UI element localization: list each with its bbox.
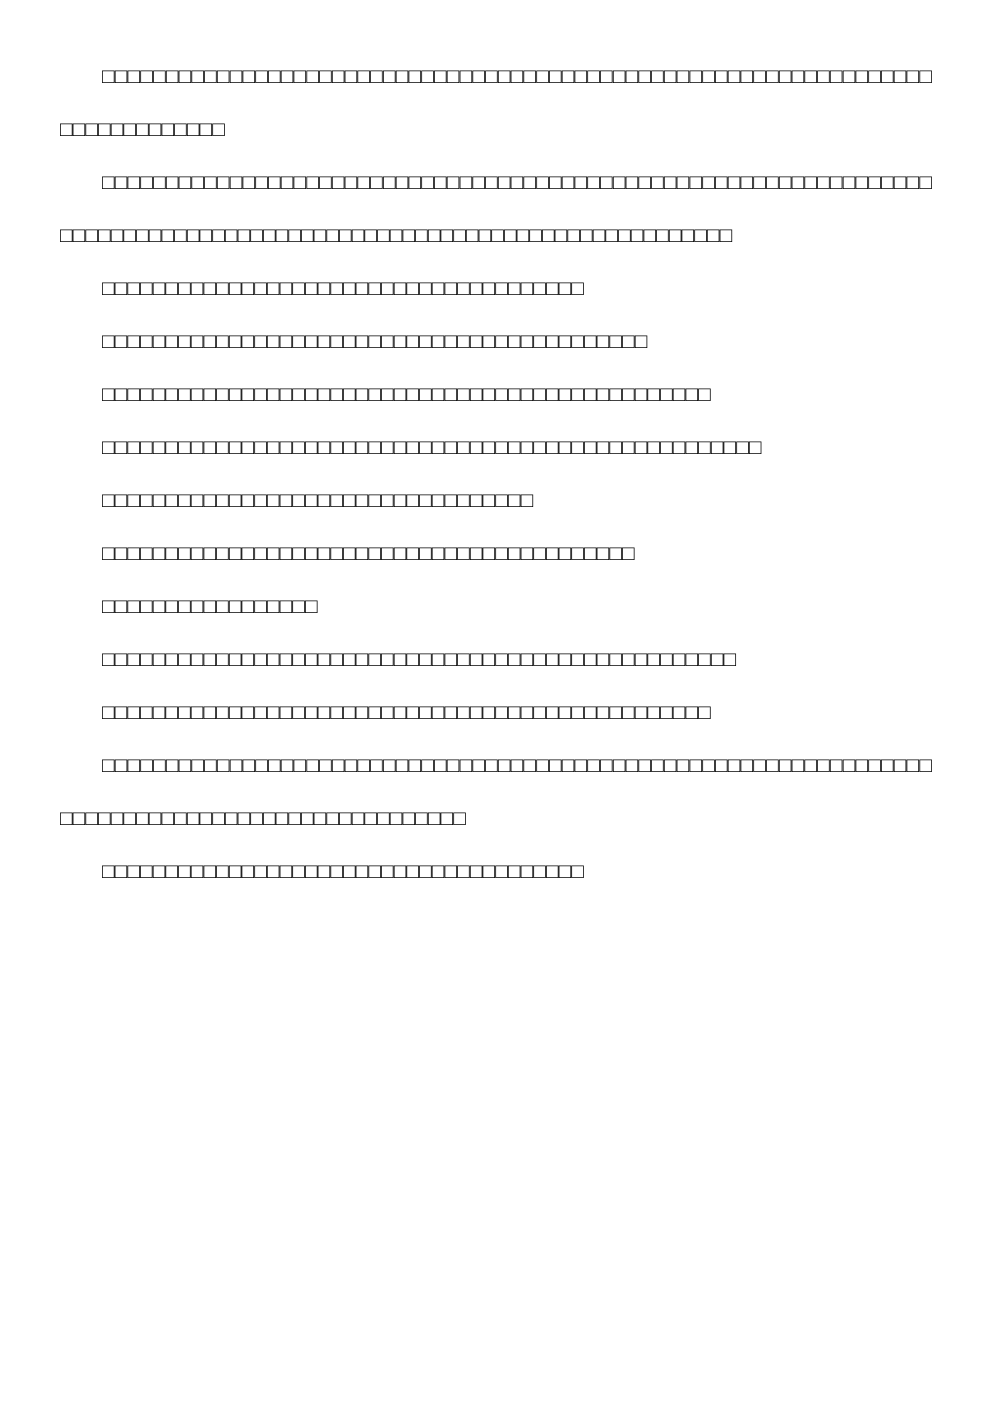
paragraph-10-redacted: □□□□□□□□□□□□□□□□□□□□□□□□□□□□□□□□□□□□□□□□… xyxy=(60,633,932,686)
paragraph-4-redacted: □□□□□□□□□□□□□□□□□□□□□□□□□□□□□□□□□□□□□□□□… xyxy=(60,315,932,368)
paragraph-5-redacted: □□□□□□□□□□□□□□□□□□□□□□□□□□□□□□□□□□□□□□□□… xyxy=(60,368,932,421)
paragraph-3-redacted: □□□□□□□□□□□□□□□□□□□□□□□□□□□□□□□□□□□□□□ xyxy=(60,262,932,315)
text-content: □□□□□□□□□□□□□□□□□□□□□□□□□□□□□□□□□□□□□□□□… xyxy=(60,50,932,898)
paragraph-13-redacted: □□□□□□□□□□□□□□□□□□□□□□□□□□□□□□□□□□□□□□ xyxy=(60,845,932,898)
document-page: □□□□□□□□□□□□□□□□□□□□□□□□□□□□□□□□□□□□□□□□… xyxy=(0,0,992,1403)
paragraph-9-redacted: □□□□□□□□□□□□□□□□□ xyxy=(60,580,932,633)
paragraph-1-redacted: □□□□□□□□□□□□□□□□□□□□□□□□□□□□□□□□□□□□□□□□… xyxy=(60,50,932,156)
paragraph-6-redacted: □□□□□□□□□□□□□□□□□□□□□□□□□□□□□□□□□□□□□□□□… xyxy=(60,421,932,474)
paragraph-2-redacted: □□□□□□□□□□□□□□□□□□□□□□□□□□□□□□□□□□□□□□□□… xyxy=(60,156,932,262)
paragraph-11-redacted: □□□□□□□□□□□□□□□□□□□□□□□□□□□□□□□□□□□□□□□□… xyxy=(60,686,932,739)
paragraph-7-redacted: □□□□□□□□□□□□□□□□□□□□□□□□□□□□□□□□□□ xyxy=(60,474,932,527)
paragraph-12-redacted: □□□□□□□□□□□□□□□□□□□□□□□□□□□□□□□□□□□□□□□□… xyxy=(60,739,932,845)
paragraph-8-redacted: □□□□□□□□□□□□□□□□□□□□□□□□□□□□□□□□□□□□□□□□… xyxy=(60,527,932,580)
